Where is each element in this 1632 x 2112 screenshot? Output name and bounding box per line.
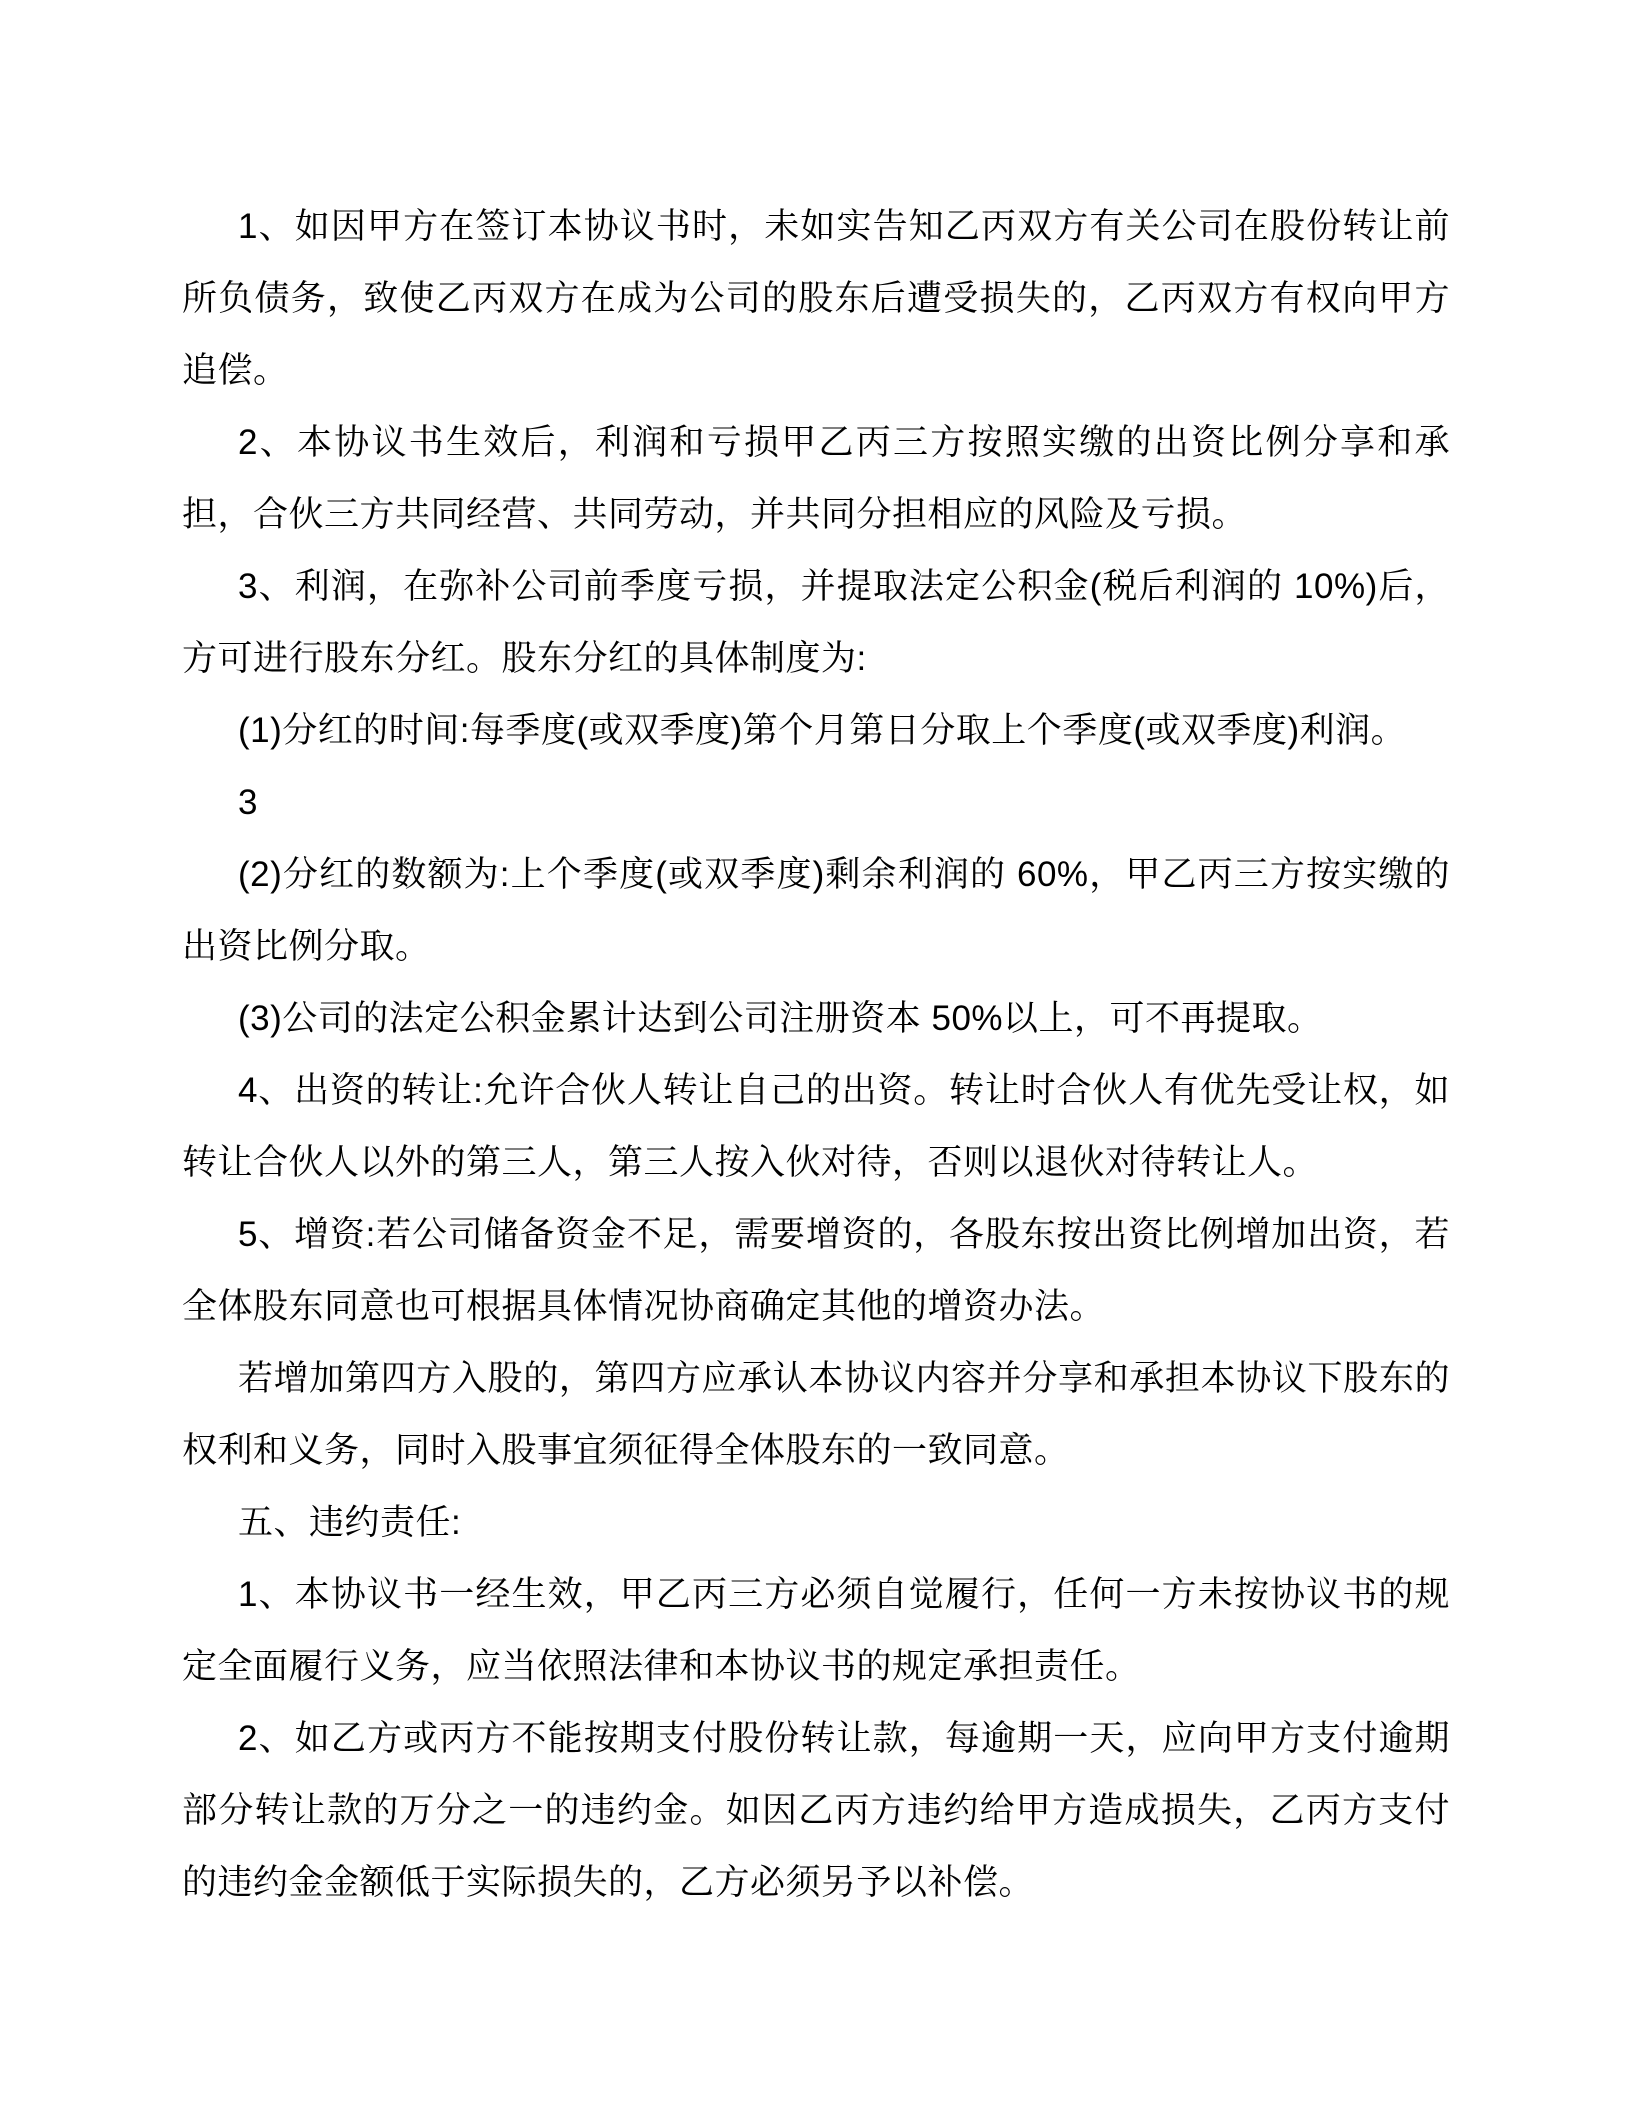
- document-line: 方可进行股东分红。股东分红的具体制度为:: [182, 623, 1450, 695]
- document-line: 3、利润，在弥补公司前季度亏损，并提取法定公积金(税后利润的 10%)后，: [182, 551, 1450, 623]
- page-number: 3: [182, 767, 1450, 839]
- document-line: 所负债务，致使乙丙双方在成为公司的股东后遭受损失的，乙丙双方有权向甲方: [182, 263, 1450, 335]
- document-line: (2)分红的数额为:上个季度(或双季度)剩余利润的 60%，甲乙丙三方按实缴的: [182, 839, 1450, 911]
- document-line: 部分转让款的万分之一的违约金。如因乙丙方违约给甲方造成损失，乙丙方支付: [182, 1775, 1450, 1847]
- document-line: 2、本协议书生效后，利润和亏损甲乙丙三方按照实缴的出资比例分享和承: [182, 407, 1450, 479]
- document-line: 担，合伙三方共同经营、共同劳动，并共同分担相应的风险及亏损。: [182, 479, 1450, 551]
- document-line: 转让合伙人以外的第三人，第三人按入伙对待，否则以退伙对待转让人。: [182, 1127, 1450, 1199]
- document-line: (3)公司的法定公积金累计达到公司注册资本 50%以上，可不再提取。: [182, 983, 1450, 1055]
- section-heading: 五、违约责任:: [182, 1487, 1450, 1559]
- document-line: 1、本协议书一经生效，甲乙丙三方必须自觉履行，任何一方未按协议书的规: [182, 1559, 1450, 1631]
- document-line: 2、如乙方或丙方不能按期支付股份转让款，每逾期一天，应向甲方支付逾期: [182, 1703, 1450, 1775]
- document-line: 权利和义务，同时入股事宜须征得全体股东的一致同意。: [182, 1415, 1450, 1487]
- document-line: (1)分红的时间:每季度(或双季度)第个月第日分取上个季度(或双季度)利润。: [182, 695, 1450, 767]
- document-line: 1、如因甲方在签订本协议书时，未如实告知乙丙双方有关公司在股份转让前: [182, 191, 1450, 263]
- document-line: 全体股东同意也可根据具体情况协商确定其他的增资办法。: [182, 1271, 1450, 1343]
- document-line: 5、增资:若公司储备资金不足，需要增资的，各股东按出资比例增加出资，若: [182, 1199, 1450, 1271]
- document-line: 若增加第四方入股的，第四方应承认本协议内容并分享和承担本协议下股东的: [182, 1343, 1450, 1415]
- document-line: 的违约金金额低于实际损失的，乙方必须另予以补偿。: [182, 1847, 1450, 1919]
- document-line: 4、出资的转让:允许合伙人转让自己的出资。转让时合伙人有优先受让权，如: [182, 1055, 1450, 1127]
- document-page: 1、如因甲方在签订本协议书时，未如实告知乙丙双方有关公司在股份转让前 所负债务，…: [0, 0, 1632, 2112]
- document-line: 出资比例分取。: [182, 911, 1450, 983]
- document-line: 定全面履行义务，应当依照法律和本协议书的规定承担责任。: [182, 1631, 1450, 1703]
- document-line: 追偿。: [182, 335, 1450, 407]
